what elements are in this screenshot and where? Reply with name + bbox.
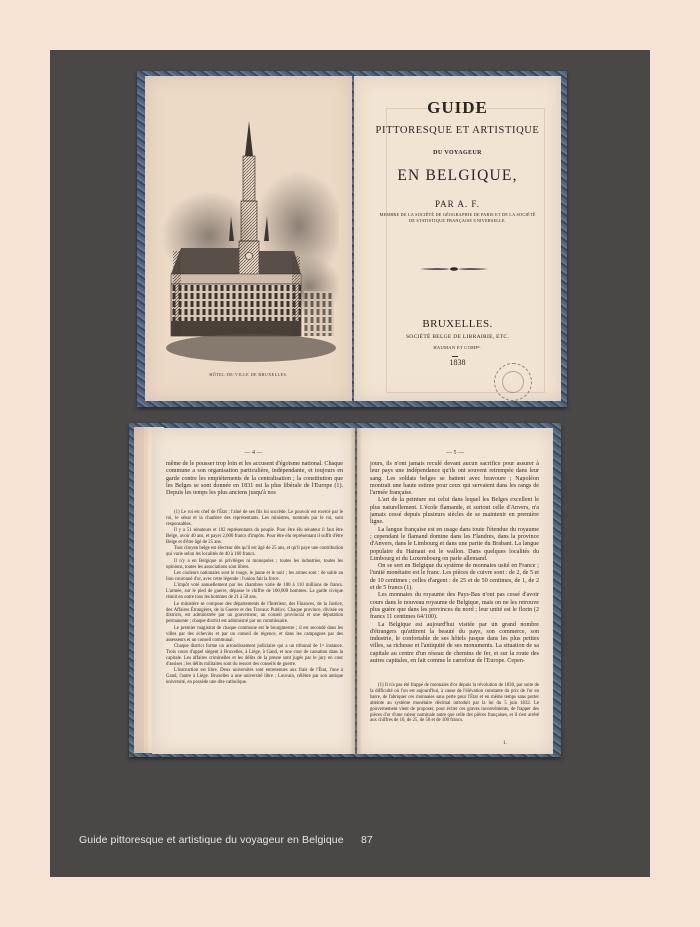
page-4-body: même de le pousser trop loin et les accu…: [166, 461, 343, 497]
footnote: (1) Le roi est chef de l'État ; l'aîné d…: [166, 510, 343, 528]
title-publisher: SOCIÉTÉ BELGE DE LIBRAIRIE, ETC.: [354, 334, 561, 340]
title-year: 1838: [354, 358, 561, 367]
paragraph: même de le pousser trop loin et les accu…: [166, 461, 343, 497]
town-hall-engraving-illustration: [159, 116, 339, 366]
frontispiece-page: HÔTEL-DE-VILLE DE BRUXELLES.: [145, 76, 352, 401]
title-imprint: HAUMAN ET COMPᴱ.: [354, 345, 561, 350]
paragraph: jours, ils n'ont jamais reculé devant au…: [370, 461, 539, 497]
title-author-note: MEMBRE DE LA SOCIÉTÉ DE GÉOGRAPHIE DE PA…: [354, 212, 561, 223]
page-number-4: — 4 —: [152, 450, 355, 456]
footnote: L'impôt voté annuellement par les chambr…: [166, 583, 343, 601]
text-page-4: — 4 — même de le pousser trop loin et le…: [152, 428, 355, 754]
title-en-belgique: EN BELGIQUE,: [354, 167, 561, 185]
footnote: Il y a 51 sénateurs et 102 représentants…: [166, 528, 343, 546]
page-folio: 87: [361, 834, 373, 846]
footnote: L'instruction est libre. Deux université…: [166, 668, 343, 686]
footnote: Chaque district forme un arrondissement …: [166, 644, 343, 668]
paragraph: Les monnaies du royaume des Pays-Bas n'o…: [370, 592, 539, 621]
title-city: BRUXELLES.: [354, 318, 561, 330]
library-stamp-icon: [494, 363, 532, 401]
paragraph: L'art de la peinture est celui dans lequ…: [370, 497, 539, 526]
title-page: GUIDE PITTORESQUE ET ARTISTIQUE DU VOYAG…: [354, 76, 561, 401]
page-5-footnotes: (1) Il n'a pas été frappé de monnaies d'…: [370, 683, 539, 725]
footnote: (1) Il n'a pas été frappé de monnaies d'…: [370, 683, 539, 724]
book-gutter: [350, 428, 362, 754]
text-page-5: — 5 — jours, ils n'ont jamais reculé dev…: [357, 428, 553, 754]
title-rule: [452, 356, 458, 357]
footnote: Le ministère se compose des départements…: [166, 602, 343, 626]
page-5-body: jours, ils n'ont jamais reculé devant au…: [370, 461, 539, 665]
paragraph: La Belgique est aujourd'hui visitée par …: [370, 622, 539, 666]
title-du-voyageur: DU VOYAGEUR: [354, 150, 561, 156]
paragraph: La langue française est en usage dans to…: [370, 527, 539, 563]
figure-caption: Guide pittoresque et artistique du voyag…: [79, 834, 344, 846]
paragraph: On se sert en Belgique du système de mon…: [370, 563, 539, 592]
title-pittoresque: PITTORESQUE ET ARTISTIQUE: [354, 125, 561, 136]
footnote: Les couleurs nationales sont le rouge, l…: [166, 571, 343, 583]
page-number-5: — 5 —: [357, 450, 553, 456]
engraving-caption: HÔTEL-DE-VILLE DE BRUXELLES.: [145, 372, 352, 377]
footnote: Il n'y a en Belgique ni privilèges ni mo…: [166, 559, 343, 571]
title-author: PAR A. F.: [354, 199, 561, 209]
signature-mark: 1.: [503, 741, 507, 746]
title-guide: GUIDE: [354, 98, 561, 118]
page-4-footnotes: (1) Le roi est chef de l'État ; l'aîné d…: [166, 510, 343, 686]
footnote: Le premier magistrat de chaque commune e…: [166, 626, 343, 644]
footnote: Tout citoyen belge est électeur dès qu'i…: [166, 546, 343, 558]
ornament-divider-icon: [420, 267, 488, 271]
